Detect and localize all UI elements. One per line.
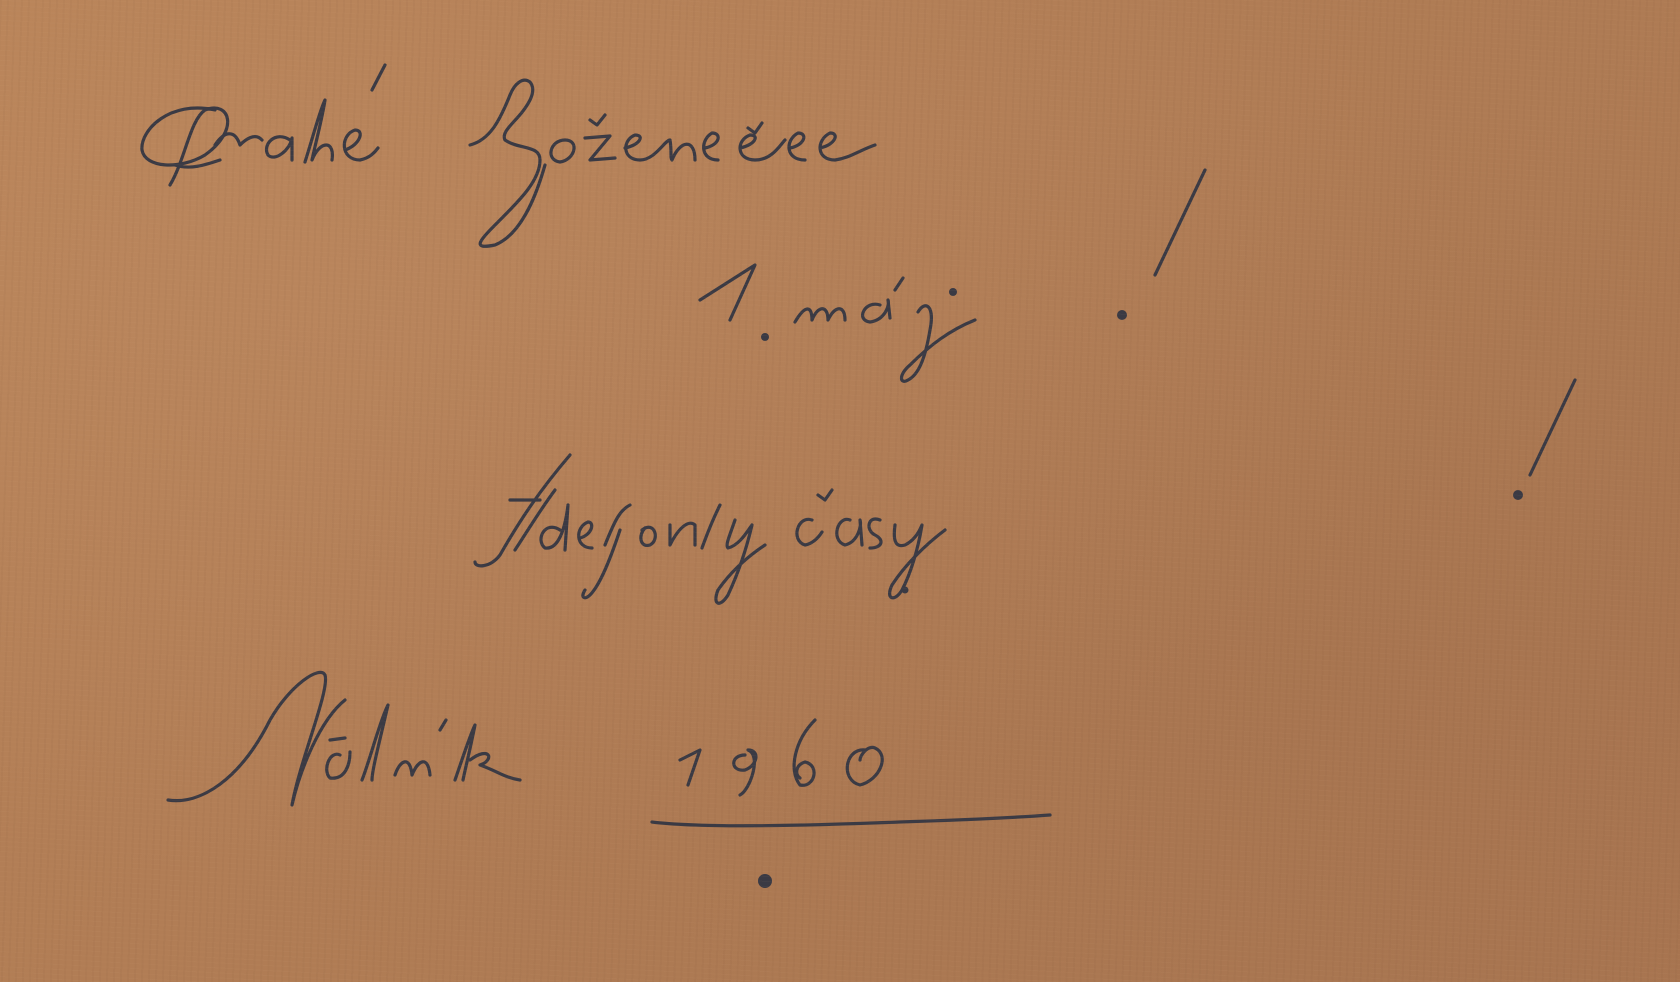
handwriting-strokes [0,0,1680,982]
sentiment-handwriting [475,380,1575,603]
signature-handwriting [168,672,1050,888]
cardboard-note: Drahé Boženče 1. máj! Kde sú tie časy! M… [0,0,1680,982]
salutation-handwriting [142,65,875,246]
date-handwriting [700,170,1205,381]
